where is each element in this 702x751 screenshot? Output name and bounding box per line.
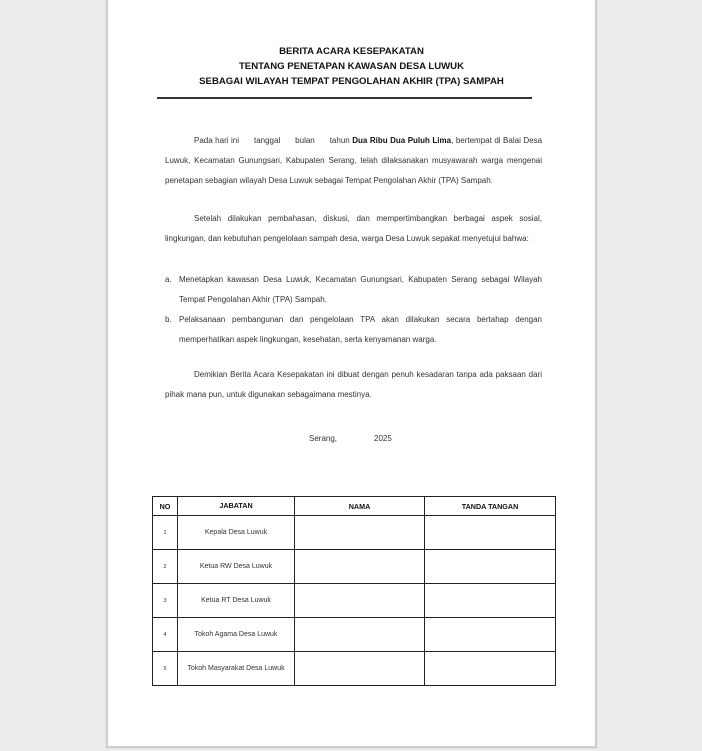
table-row: 5 Tokoh Masyarakat Desa Luwuk xyxy=(153,652,556,686)
header-tanda-tangan: TANDA TANGAN xyxy=(425,497,556,516)
row-number: 4 xyxy=(153,618,178,652)
name-cell[interactable] xyxy=(295,550,425,584)
title-divider xyxy=(157,97,532,99)
table-header-row: NO JABATAN NAMA TANDA TANGAN xyxy=(153,497,556,516)
list-item-text: Pelaksanaan pembangunan dan pengelolaan … xyxy=(179,315,542,344)
year-label: 2025 xyxy=(374,434,392,443)
list-item-text: Menetapkan kawasan Desa Luwuk, Kecamatan… xyxy=(179,275,542,304)
closing-paragraph: Demikian Berita Acara Kesepakatan ini di… xyxy=(165,365,542,405)
table-row: 4 Tokoh Agama Desa Luwuk xyxy=(153,618,556,652)
opening-prefix: Pada hari ini tanggal bulan tahun xyxy=(194,136,352,145)
row-number: 1 xyxy=(153,516,178,550)
signature-cell[interactable] xyxy=(425,618,556,652)
table-row: 1 Kepala Desa Luwuk xyxy=(153,516,556,550)
row-jabatan: Tokoh Agama Desa Luwuk xyxy=(178,618,295,652)
title-line-3: SEBAGAI WILAYAH TEMPAT PENGOLAHAN AKHIR … xyxy=(108,74,595,89)
opening-paragraph: Pada hari ini tanggal bulan tahun Dua Ri… xyxy=(165,131,542,191)
name-cell[interactable] xyxy=(295,618,425,652)
header-jabatan: JABATAN xyxy=(178,497,295,516)
list-marker: a. xyxy=(165,270,172,290)
title-line-1: BERITA ACARA KESEPAKATAN xyxy=(108,44,595,59)
place-label: Serang, xyxy=(309,434,337,443)
row-jabatan: Kepala Desa Luwuk xyxy=(178,516,295,550)
row-jabatan: Ketua RT Desa Luwuk xyxy=(178,584,295,618)
list-marker: b. xyxy=(165,310,172,330)
name-cell[interactable] xyxy=(295,516,425,550)
signature-cell[interactable] xyxy=(425,516,556,550)
header-nama: NAMA xyxy=(295,497,425,516)
row-number: 2 xyxy=(153,550,178,584)
name-cell[interactable] xyxy=(295,584,425,618)
list-item: a. Menetapkan kawasan Desa Luwuk, Kecama… xyxy=(165,270,542,310)
signature-cell[interactable] xyxy=(425,652,556,686)
row-number: 3 xyxy=(153,584,178,618)
header-no: NO xyxy=(153,497,178,516)
name-cell[interactable] xyxy=(295,652,425,686)
document-page: BERITA ACARA KESEPAKATAN TENTANG PENETAP… xyxy=(106,0,597,748)
agreement-intro-paragraph: Setelah dilakukan pembahasan, diskusi, d… xyxy=(165,209,542,249)
document-title: BERITA ACARA KESEPAKATAN TENTANG PENETAP… xyxy=(108,44,595,89)
signature-table: NO JABATAN NAMA TANDA TANGAN 1 Kepala De… xyxy=(152,496,556,686)
row-jabatan: Tokoh Masyarakat Desa Luwuk xyxy=(178,652,295,686)
agreement-list: a. Menetapkan kawasan Desa Luwuk, Kecama… xyxy=(165,270,542,350)
signature-cell[interactable] xyxy=(425,550,556,584)
list-item: b. Pelaksanaan pembangunan dan pengelola… xyxy=(165,310,542,350)
agreement-intro-text: Setelah dilakukan pembahasan, diskusi, d… xyxy=(165,209,542,249)
table-row: 2 Ketua RW Desa Luwuk xyxy=(153,550,556,584)
closing-text: Demikian Berita Acara Kesepakatan ini di… xyxy=(165,365,542,405)
row-number: 5 xyxy=(153,652,178,686)
signature-cell[interactable] xyxy=(425,584,556,618)
table-row: 3 Ketua RT Desa Luwuk xyxy=(153,584,556,618)
row-jabatan: Ketua RW Desa Luwuk xyxy=(178,550,295,584)
title-line-2: TENTANG PENETAPAN KAWASAN DESA LUWUK xyxy=(108,59,595,74)
year-in-words: Dua Ribu Dua Puluh Lima xyxy=(352,136,451,145)
